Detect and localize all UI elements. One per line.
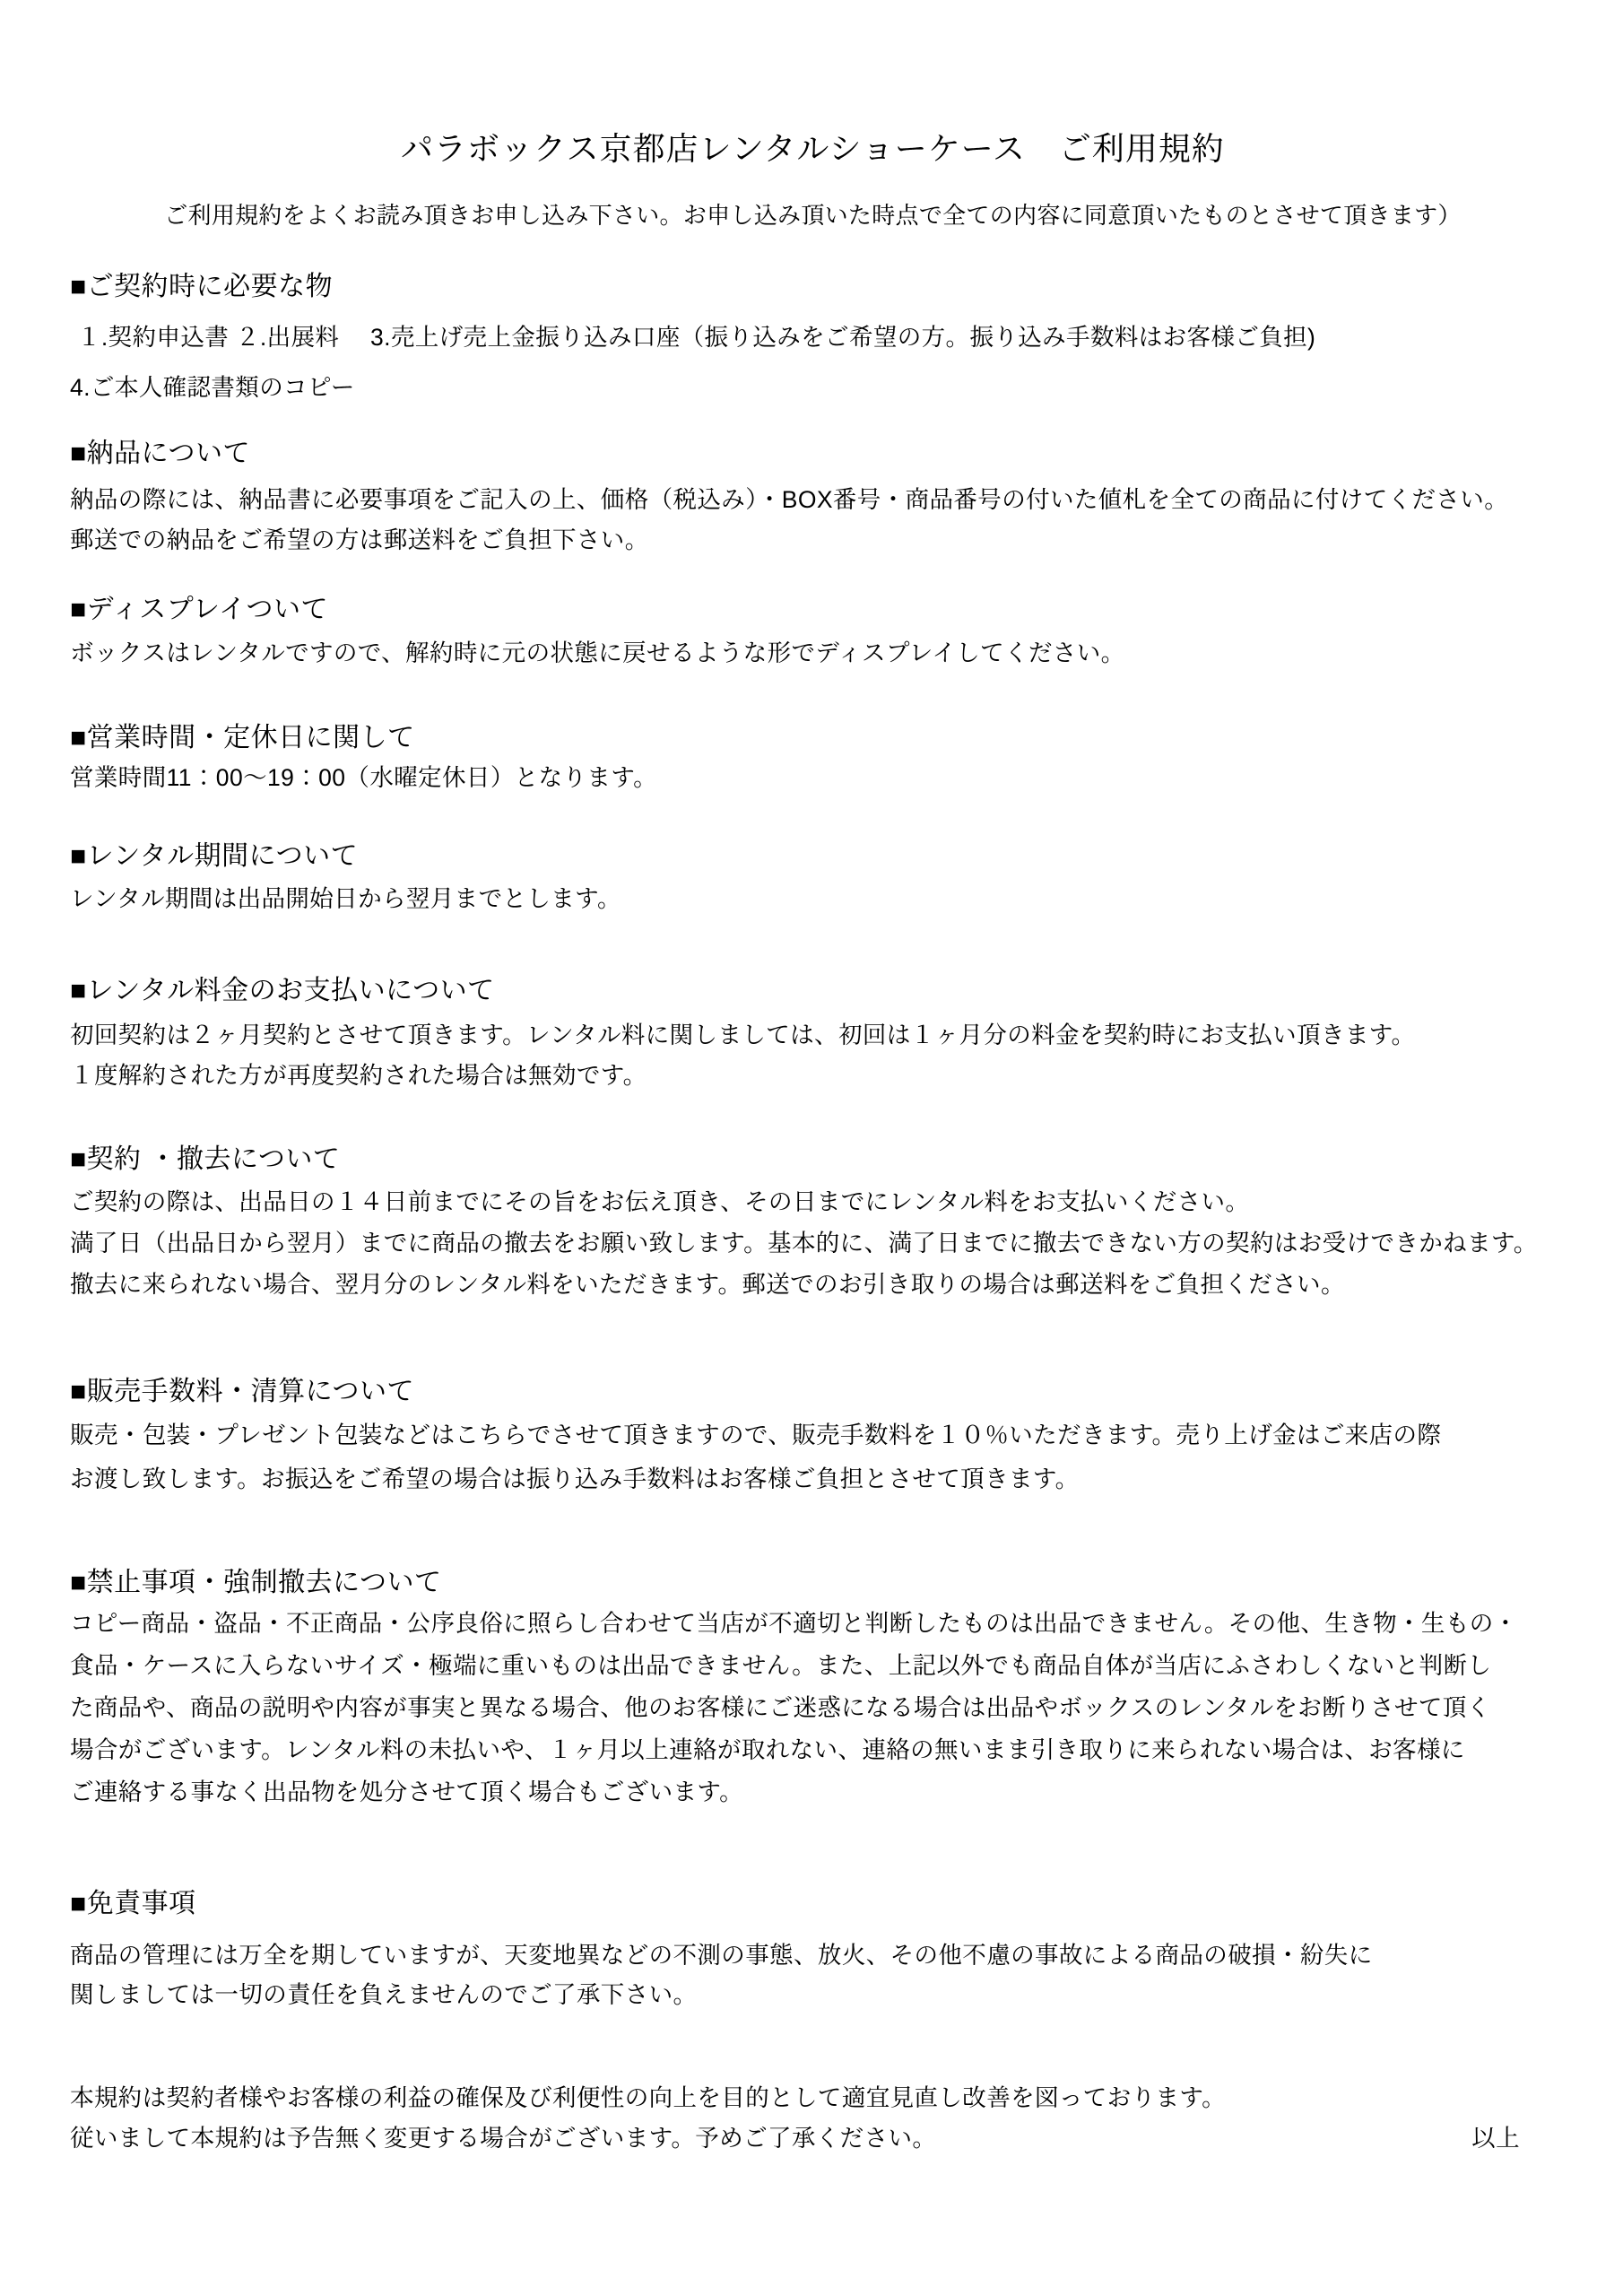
section-required-items: ■ご契約時に必要な物 １.契約申込書 ２.出展料 3.売上げ売上金振り込み口座（… [70,266,1556,413]
section-disclaimer: ■免責事項 商品の管理には万全を期していますが、天変地異などの不測の事態、放火、… [70,1883,1556,2014]
closing-line: 従いまして本規約は予告無く変更する場合がございます。予めご了承ください。 [70,2118,936,2159]
section-delivery: ■納品について 納品の際には、納品書に必要事項をご記入の上、価格（税込み）・BO… [70,433,1556,561]
body-line: 満了日（出品日から翌月）までに商品の撤去をお願い致します。基本的に、満了日までに… [70,1222,1556,1264]
section-rental-fee-payment: ■レンタル料金のお支払いについて 初回契約は２ヶ月契約とさせて頂きます。レンタル… [70,970,1556,1096]
body-line: 4.ご本人確認書類のコピー [70,362,1556,413]
body-line: 商品の管理には万全を期していますが、天変地異などの不測の事態、放火、その他不慮の… [70,1935,1556,1975]
body-line: 初回契約は２ヶ月契約とさせて頂きます。レンタル料に関しましては、初回は１ヶ月分の… [70,1015,1556,1056]
body-line: 撤去に来られない場合、翌月分のレンタル料をいただきます。郵送でのお引き取りの場合… [70,1264,1556,1305]
body-line: た商品や、商品の説明や内容が事実と異なる場合、他のお客様にご迷惑になる場合は出品… [70,1687,1556,1729]
section-heading: ■ディスプレイついて [70,589,1556,630]
body-line: 営業時間11：00～19：00（水曜定休日）となります。 [70,758,1556,798]
closing-paragraph: 本規約は契約者様やお客様の利益の確保及び利便性の向上を目的として適宜見直し改善を… [70,2078,1556,2159]
body-line: ボックスはレンタルですので、解約時に元の状態に戻せるような形でディスプレイしてく… [70,633,1556,674]
section-business-hours: ■営業時間・定休日に関して 営業時間11：00～19：00（水曜定休日）となりま… [70,717,1556,798]
section-heading: ■免責事項 [70,1883,1556,1924]
body-line: ご契約の際は、出品日の１４日前までにその旨をお伝え頂き、その日までにレンタル料を… [70,1181,1556,1222]
body-line: 販売・包装・プレゼント包装などはこちらでさせて頂きますので、販売手数料を１０％い… [70,1413,1556,1457]
body-line: 郵送での納品をご希望の方は郵送料をご負担下さい。 [70,520,1556,561]
body-line: １.契約申込書 ２.出展料 3.売上げ売上金振り込み口座（振り込みをご希望の方。… [70,312,1556,362]
body-line: 食品・ケースに入らないサイズ・極端に重いものは出品できません。また、上記以外でも… [70,1645,1556,1687]
page-title: パラボックス京都店レンタルショーケース ご利用規約 [70,0,1556,170]
closing-line-row: 従いまして本規約は予告無く変更する場合がございます。予めご了承ください。 以上 [70,2118,1556,2159]
section-heading: ■営業時間・定休日に関して [70,717,1556,758]
section-contract-removal: ■契約 ・撤去について ご契約の際は、出品日の１４日前までにその旨をお伝え頂き、… [70,1139,1556,1305]
section-commission-settlement: ■販売手数料・清算について 販売・包装・プレゼント包装などはこちらでさせて頂きま… [70,1371,1556,1501]
closing-line: 本規約は契約者様やお客様の利益の確保及び利便性の向上を目的として適宜見直し改善を… [70,2078,1556,2118]
section-heading: ■納品について [70,433,1556,474]
body-line: ご連絡する事なく出品物を処分させて頂く場合もございます。 [70,1771,1556,1813]
body-line: コピー商品・盗品・不正商品・公序良俗に照らし合わせて当店が不適切と判断したものは… [70,1603,1556,1645]
body-line: お渡し致します。お振込をご希望の場合は振り込み手数料はお客様ご負担とさせて頂きま… [70,1457,1556,1501]
terms-document-page: パラボックス京都店レンタルショーケース ご利用規約 ご利用規約をよくお読み頂きお… [0,0,1623,2296]
section-heading: ■ご契約時に必要な物 [70,266,1556,307]
section-heading: ■禁止事項・強制撤去について [70,1562,1556,1603]
section-heading: ■レンタル料金のお支払いについて [70,970,1556,1011]
body-line: 場合がございます。レンタル料の未払いや、１ヶ月以上連絡が取れない、連絡の無いまま… [70,1729,1556,1771]
body-line: 納品の際には、納品書に必要事項をご記入の上、価格（税込み）・BOX番号・商品番号… [70,480,1556,520]
document-subtitle: ご利用規約をよくお読み頂きお申し込み下さい。お申し込み頂いた時点で全ての内容に同… [70,196,1556,236]
body-line: 関しましては一切の責任を負えませんのでご了承下さい。 [70,1975,1556,2014]
section-heading: ■販売手数料・清算について [70,1371,1556,1412]
section-display: ■ディスプレイついて ボックスはレンタルですので、解約時に元の状態に戻せるような… [70,589,1556,674]
body-line: レンタル期間は出品開始日から翌月までとします。 [70,879,1556,919]
section-rental-period: ■レンタル期間について レンタル期間は出品開始日から翌月までとします。 [70,836,1556,919]
end-mark: 以上 [1471,2118,1556,2159]
section-prohibited-forced-removal: ■禁止事項・強制撤去について コピー商品・盗品・不正商品・公序良俗に照らし合わせ… [70,1562,1556,1813]
body-line: １度解約された方が再度契約された場合は無効です。 [70,1056,1556,1096]
section-heading: ■レンタル期間について [70,836,1556,876]
section-heading: ■契約 ・撤去について [70,1139,1556,1179]
